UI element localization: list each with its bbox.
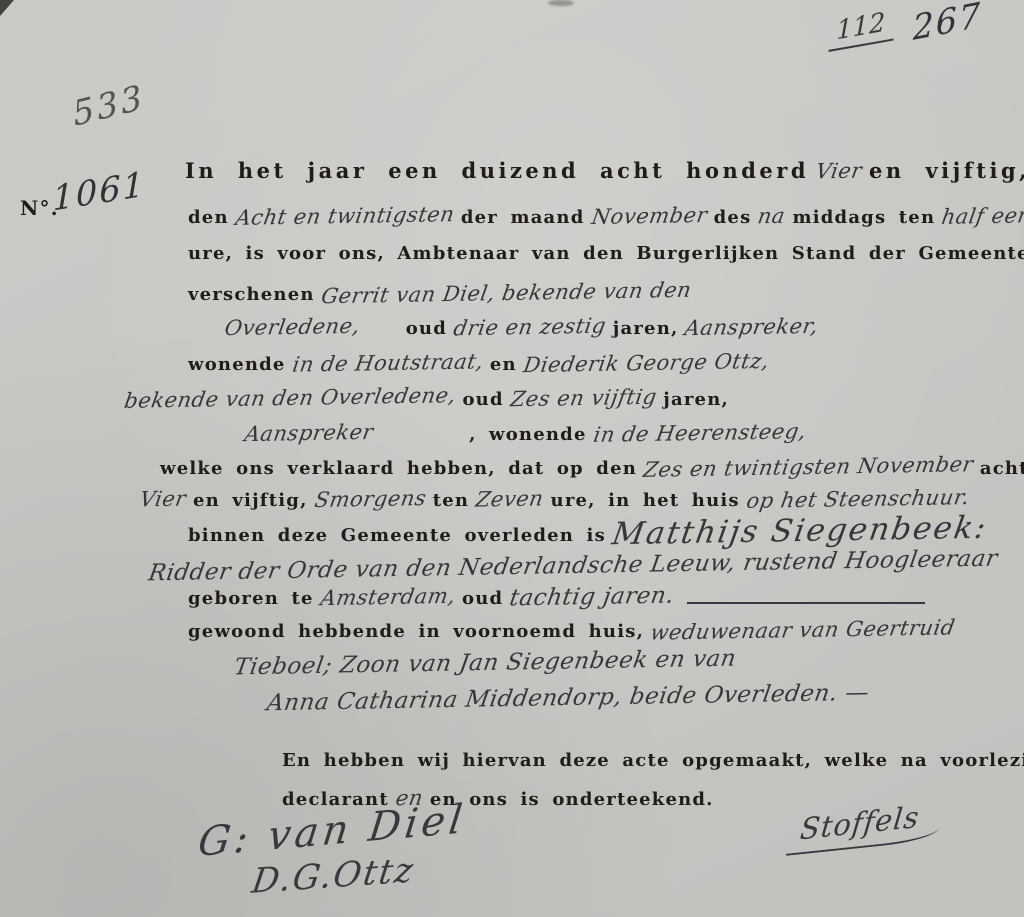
handwritten-text: Aanspreker, [683, 314, 820, 340]
printed-text: , wonende [469, 424, 587, 445]
handwritten-text: Anna Catharina Middendorp, beide Overled… [265, 680, 871, 716]
printed-text: oud [462, 389, 503, 410]
document-line: gewoond hebbende in voornoemd huis,weduw… [188, 618, 962, 642]
printed-text: ure, in het huis [551, 490, 740, 511]
folio-number-underlined: 112 [828, 6, 893, 52]
act-number-value: 1061 [52, 164, 146, 219]
document-line: En hebben wij hiervan deze acte opgemaak… [282, 747, 1024, 771]
handwritten-text: drie en zestig [452, 314, 608, 341]
document-line: Overledene,ouddrie en zestigjaren,Aanspr… [225, 315, 825, 339]
scan-edge-artifact [548, 0, 574, 6]
printed-text: jaren, [613, 318, 679, 339]
handwritten-text: November [589, 203, 708, 229]
handwritten-text: Amsterdam, [319, 584, 458, 610]
printed-text: oud [462, 588, 503, 609]
printed-text: welke ons verklaard hebben, dat op den [160, 458, 637, 479]
printed-text: jaren, [663, 389, 729, 410]
handwritten-text: op het Steenschuur. [745, 485, 972, 513]
handwritten-text: half een. [940, 203, 1024, 229]
printed-text: binnen deze Gemeente overleden is [188, 525, 606, 546]
document-line: ure, is voor ons, Ambtenaar van den Burg… [188, 243, 1024, 264]
printed-text: achttienhonderd [980, 458, 1024, 479]
document-line: geboren teAmsterdam,oudtachtig jaren. [188, 584, 932, 610]
printed-text: en vijftig, [869, 158, 1024, 183]
handwritten-text: in de Heerensteeg, [591, 419, 807, 447]
document-line: Vieren vijftig,SmorgenstenZevenure, in h… [140, 487, 976, 511]
handwritten-text: Vier [138, 487, 188, 512]
handwritten-text: Zeven [474, 486, 545, 511]
document-line: denAcht en twintigstender maandNovemberd… [188, 204, 1024, 228]
document-line: In het jaar een duizend acht honderdVier… [185, 158, 1024, 183]
printed-text: wonende [188, 354, 286, 375]
document-line: Tieboel; Zoon van Jan Siegenbeek en van [235, 650, 742, 676]
document-line: binnen deze Gemeente overleden isMatthij… [188, 513, 994, 549]
handwritten-text: Zes en vijftig [509, 385, 659, 412]
document-line: wonendein de Houtstraat,enDiederik Georg… [188, 351, 776, 375]
handwritten-text: Tieboel; Zoon van Jan Siegenbeek en van [232, 646, 738, 681]
handwritten-text: na [756, 204, 787, 228]
handwritten-text: bekende van den Overledene, [123, 383, 458, 413]
printed-text: geboren te [188, 588, 314, 609]
handwritten-text: Smorgens [312, 486, 427, 512]
handwritten-text: in de Houtstraat, [290, 349, 485, 376]
printed-text: ten [433, 490, 469, 511]
printed-text: oud [406, 318, 447, 339]
pencil-annotation-533: 533 [70, 77, 147, 135]
printed-text: middags ten [792, 207, 935, 228]
document-line: verschenenGerrit van Diel, bekende van d… [188, 281, 697, 305]
document-line: Anna Catharina Middendorp, beide Overled… [268, 685, 875, 711]
printed-text: In het jaar een duizend acht honderd [185, 158, 809, 183]
printed-text: verschenen [188, 284, 315, 305]
handwritten-text: weduwenaar van Geertruid [649, 615, 957, 644]
printed-text: gewoond hebbende in voornoemd huis, [188, 621, 644, 642]
printed-text: en vijftig, [193, 490, 308, 511]
printed-text: en [490, 354, 517, 375]
handwritten-text: Zes en twintigsten November [642, 452, 976, 482]
signature-registrar: Stoffels [799, 799, 922, 846]
printed-text: ure, is voor ons, Ambtenaar van den Burg… [188, 243, 1024, 264]
printed-text: En hebben wij hiervan deze acte opgemaak… [282, 750, 1024, 771]
handwritten-text: Diederik George Ottz, [522, 349, 771, 377]
document-line: Aanspreker, wonendein de Heerensteeg, [245, 421, 812, 445]
handwritten-text: Gerrit van Diel, bekende van den [319, 278, 693, 308]
handwritten-text: Aanspreker [243, 420, 375, 446]
handwritten-text: Ridder der Orde van den Nederlandsche Le… [147, 546, 1000, 587]
document-line: Ridder der Orde van den Nederlandsche Le… [150, 553, 1003, 579]
handwritten-text: Vier [814, 159, 864, 184]
printed-text: en ons is onderteekend. [430, 789, 714, 810]
printed-text: des [714, 207, 752, 228]
handwritten-text: Overledene, [223, 314, 362, 340]
filler-rule [687, 588, 925, 604]
scanned-death-certificate: 533 112 267 N°. 1061 In het jaar een dui… [0, 0, 1024, 917]
folio-number: 267 [912, 0, 982, 49]
printed-text: der maand [461, 207, 585, 228]
handwritten-text: Acht en twintigsten [234, 202, 457, 230]
handwritten-text: tachtig jaren. [508, 583, 676, 612]
document-line: bekende van den Overledene,oudZes en vij… [125, 386, 736, 410]
scan-corner-artifact [0, 0, 14, 16]
document-line: welke ons verklaard hebben, dat op denZe… [160, 455, 1024, 479]
printed-text: den [188, 207, 229, 228]
